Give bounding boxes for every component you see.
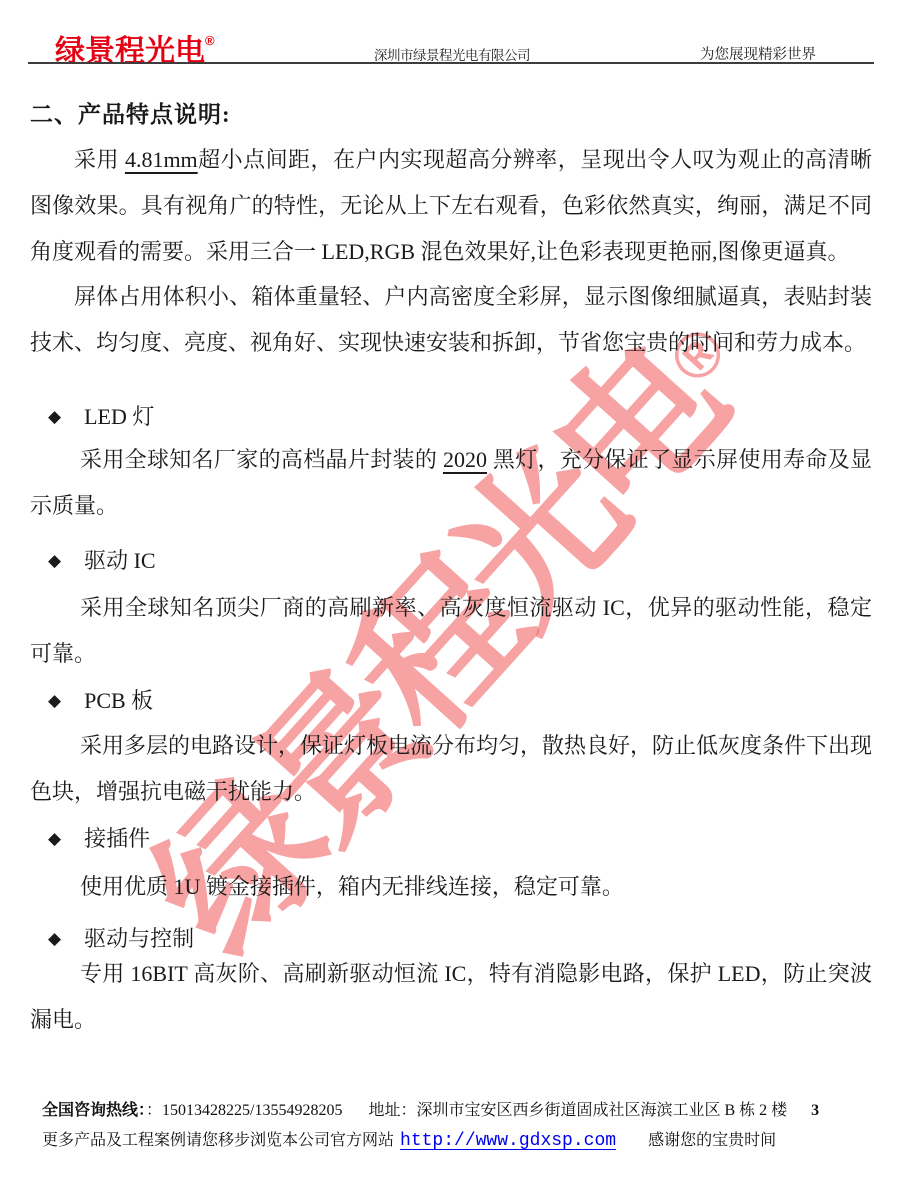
- text-segment: 采用全球知名顶尖厂商的高刷新率、高灰度恒流驱动 IC，优异的驱动性能，稳定可靠。: [30, 595, 872, 666]
- feature-item-driver-ic: ◆驱动 IC: [30, 538, 872, 584]
- feature-item-pcb: ◆PCB 板: [30, 678, 872, 724]
- page-number: 3: [811, 1102, 819, 1119]
- diamond-bullet-icon: ◆: [48, 691, 61, 710]
- page-header: 绿景程光电® 深圳市绿景程光电有限公司 为您展现精彩世界: [0, 0, 900, 64]
- text-segment: 使用优质 1U 镀金接插件，箱内无排线连接，稳定可靠。: [80, 874, 624, 899]
- diamond-bullet-icon: ◆: [48, 407, 61, 426]
- feature-label: 驱动与控制: [84, 926, 194, 951]
- header-divider: [28, 62, 874, 64]
- footer-website-line: 更多产品及工程案例请您移步浏览本公司官方网站http://www.gdxsp.c…: [42, 1124, 870, 1158]
- intro-paragraph: 采用 4.81mm超小点间距，在户内实现超高分辨率，呈现出令人叹为观止的高清晰图…: [30, 137, 872, 275]
- feature-body: 采用全球知名顶尖厂商的高刷新率、高灰度恒流驱动 IC，优异的驱动性能，稳定可靠。: [30, 585, 872, 677]
- thanks-text: 感谢您的宝贵时间: [648, 1132, 776, 1149]
- feature-label: 驱动 IC: [84, 548, 156, 573]
- text-segment: 采用: [74, 147, 125, 172]
- feature-body: 采用全球知名厂家的高档晶片封装的 2020 黑灯，充分保证了显示屏使用寿命及显示…: [30, 437, 872, 529]
- underlined-text: 4.81mm: [125, 147, 198, 172]
- document-page: 绿景程光电® 绿景程光电® 深圳市绿景程光电有限公司 为您展现精彩世界 二、产品…: [0, 0, 900, 1178]
- feature-body: 使用优质 1U 镀金接插件，箱内无排线连接，稳定可靠。: [30, 864, 872, 910]
- underlined-text: 2020: [443, 447, 487, 472]
- diamond-bullet-icon: ◆: [48, 929, 61, 948]
- footer-contact-line: 全国咨询热线：：15013428225/13554928205地址：深圳市宝安区…: [42, 1098, 870, 1124]
- website-prompt: 更多产品及工程案例请您移步浏览本公司官方网站: [42, 1132, 394, 1149]
- intro-paragraph: 屏体占用体积小、箱体重量轻、户内高密度全彩屏，显示图像细腻逼真，表贴封装技术、均…: [30, 274, 872, 366]
- website-link[interactable]: http://www.gdxsp.com: [400, 1131, 616, 1151]
- feature-item-led: ◆LED 灯: [30, 394, 872, 440]
- page-footer: 全国咨询热线：：15013428225/13554928205地址：深圳市宝安区…: [42, 1098, 870, 1158]
- text-segment: 采用全球知名厂家的高档晶片封装的: [80, 447, 443, 472]
- section-title: 二、产品特点说明:: [30, 92, 872, 137]
- feature-label: 接插件: [84, 826, 150, 851]
- text-segment: 专用 16BIT 高灰阶、高刷新驱动恒流 IC，特有消隐影电路，保护 LED，防…: [30, 961, 872, 1032]
- header-slogan: 为您展现精彩世界: [700, 43, 816, 64]
- text-segment: 采用多层的电路设计，保证灯板电流分布均匀，散热良好，防止低灰度条件下出现色块，增…: [30, 733, 872, 804]
- feature-body: 采用多层的电路设计，保证灯板电流分布均匀，散热良好，防止低灰度条件下出现色块，增…: [30, 723, 872, 815]
- feature-label: PCB 板: [84, 688, 153, 713]
- address-value: 深圳市宝安区西乡街道固成社区海滨工业区 B 栋 2 楼: [416, 1102, 787, 1119]
- feature-item-connector: ◆接插件: [30, 816, 872, 862]
- feature-label: LED 灯: [84, 404, 154, 429]
- feature-body: 专用 16BIT 高灰阶、高刷新驱动恒流 IC，特有消隐影电路，保护 LED，防…: [30, 951, 872, 1043]
- address-label: 地址：: [368, 1102, 416, 1119]
- hotline-label: 全国咨询热线：: [42, 1102, 146, 1119]
- diamond-bullet-icon: ◆: [48, 829, 61, 848]
- hotline-numbers: ：15013428225/13554928205: [146, 1102, 342, 1119]
- diamond-bullet-icon: ◆: [48, 551, 61, 570]
- header-company-name: 深圳市绿景程光电有限公司: [374, 44, 530, 64]
- text-segment: 屏体占用体积小、箱体重量轻、户内高密度全彩屏，显示图像细腻逼真，表贴封装技术、均…: [30, 284, 872, 355]
- registered-trademark-icon: ®: [205, 33, 215, 48]
